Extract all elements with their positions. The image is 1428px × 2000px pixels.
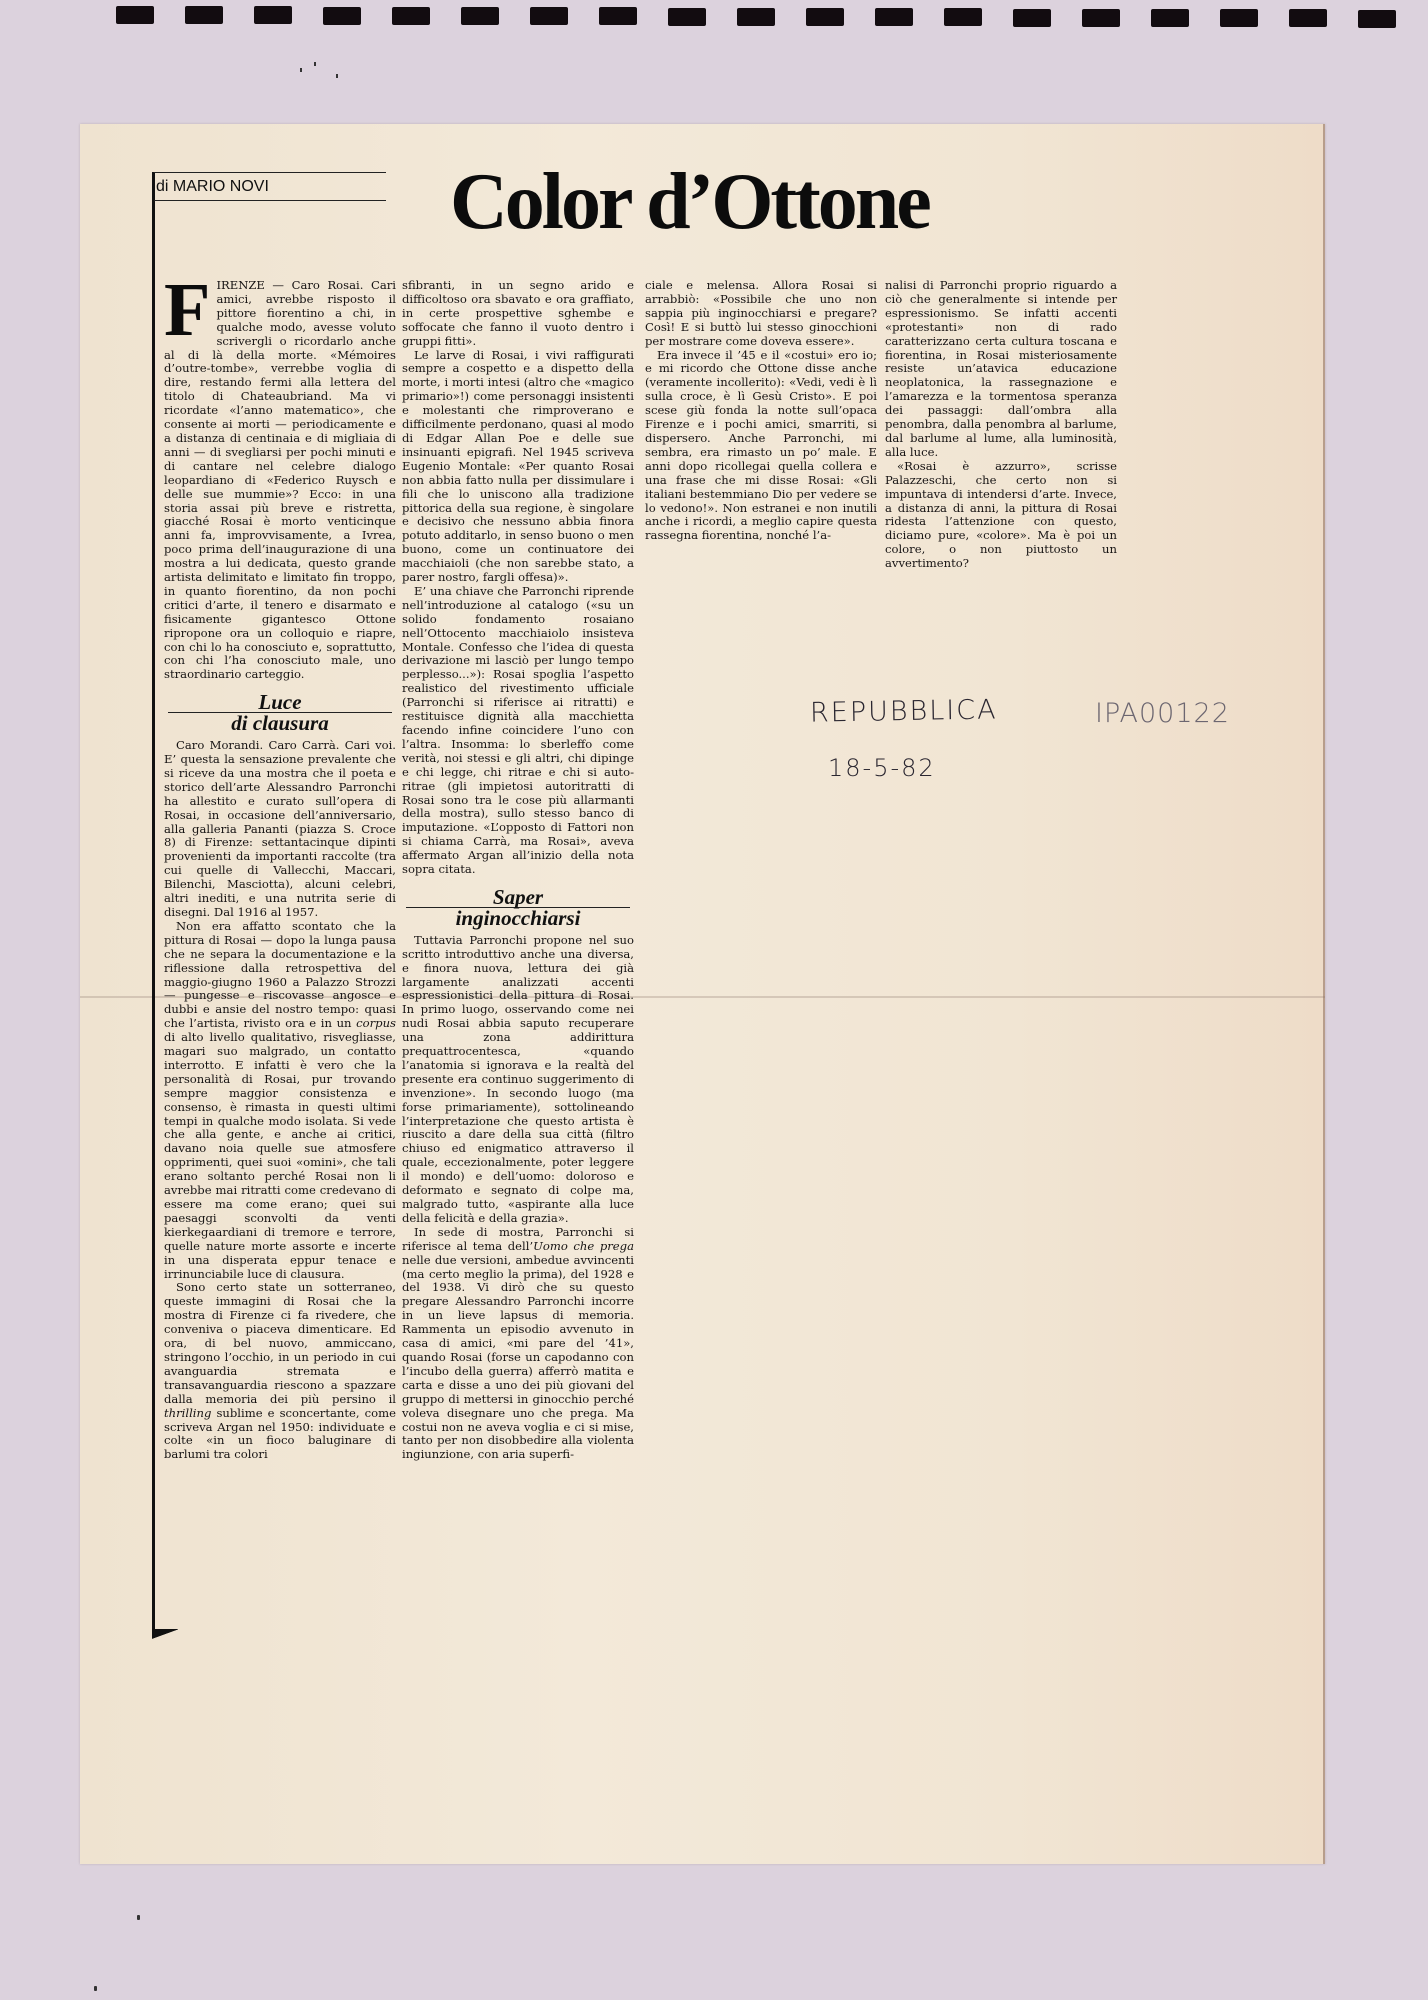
left-column-rule [152,172,155,1637]
binder-hole [806,8,844,26]
column-3: ciale e melensa. Allora Rosai si arrabbi… [645,279,877,543]
binder-hole [392,7,430,25]
binder-hole [599,7,637,25]
intro-paragraph: FIRENZE — Caro Rosai. Cari amici, avrebb… [164,279,396,682]
paragraph: Caro Morandi. Caro Carrà. Cari voi. E’ q… [164,739,396,920]
paragraph: nalisi di Parronchi proprio riguardo a c… [885,279,1117,460]
archive-id: IPA00122 [1095,698,1230,729]
binder-hole [530,7,568,25]
handwritten-source: REPUBBLICA [810,694,998,728]
byline: di MARIO NOVI [154,173,386,200]
paragraph: sfibranti, in un segno arido e difficolt… [402,279,634,349]
binder-hole [116,6,154,24]
binder-hole [1151,9,1189,27]
paragraph: In sede di mostra, Parronchi si riferisc… [402,1226,634,1462]
binder-hole [875,8,913,26]
binder-hole [461,7,499,25]
column-2: sfibranti, in un segno arido e difficolt… [402,279,634,1462]
headline: Color d’Ottone [450,162,1150,242]
binder-hole [254,6,292,24]
end-mark [152,1629,178,1639]
dropcap: F [164,281,210,339]
column-1: FIRENZE — Caro Rosai. Cari amici, avrebb… [164,279,396,1462]
handwritten-date: 18-5-82 [828,754,936,782]
paragraph: Non era affatto scontato che la pittura … [164,920,396,1282]
paragraph: Era invece il ’45 e il «costui» ero io; … [645,349,877,544]
paragraph: Tuttavia Parronchi propone nel suo scrit… [402,934,634,1226]
binder-hole [1082,9,1120,27]
binder-hole [1289,9,1327,27]
paragraph: «Rosai è azzurro», scrisse Palazzeschi, … [885,460,1117,571]
column-4: nalisi di Parronchi proprio riguardo a c… [885,279,1117,571]
binder-hole [944,8,982,26]
paragraph: ciale e melensa. Allora Rosai si arrabbi… [645,279,877,349]
binder-hole [668,8,706,26]
speck [137,1915,140,1920]
paper-specks [300,62,340,102]
paragraph: Le larve di Rosai, i vivi raffigurati se… [402,349,634,585]
speck [94,1986,97,1991]
byline-box: di MARIO NOVI [154,172,386,201]
paragraph: Sono certo state un sotterraneo, queste … [164,1281,396,1462]
subhead-luce-di-clausura: Luce di clausura [164,696,396,731]
binder-hole [323,7,361,25]
binder-hole [1220,9,1258,27]
binder-hole [737,8,775,26]
newspaper-clipping: di MARIO NOVI Color d’Ottone FIRENZE — C… [80,124,1325,1864]
paragraph: E’ una chiave che Parronchi riprende nel… [402,585,634,877]
binder-hole [1358,10,1396,28]
binder-holes [116,6,1396,26]
binder-hole [1013,9,1051,27]
subhead-saper-inginocchiarsi: Saper inginocchiarsi [402,891,634,926]
binder-hole [185,6,223,24]
